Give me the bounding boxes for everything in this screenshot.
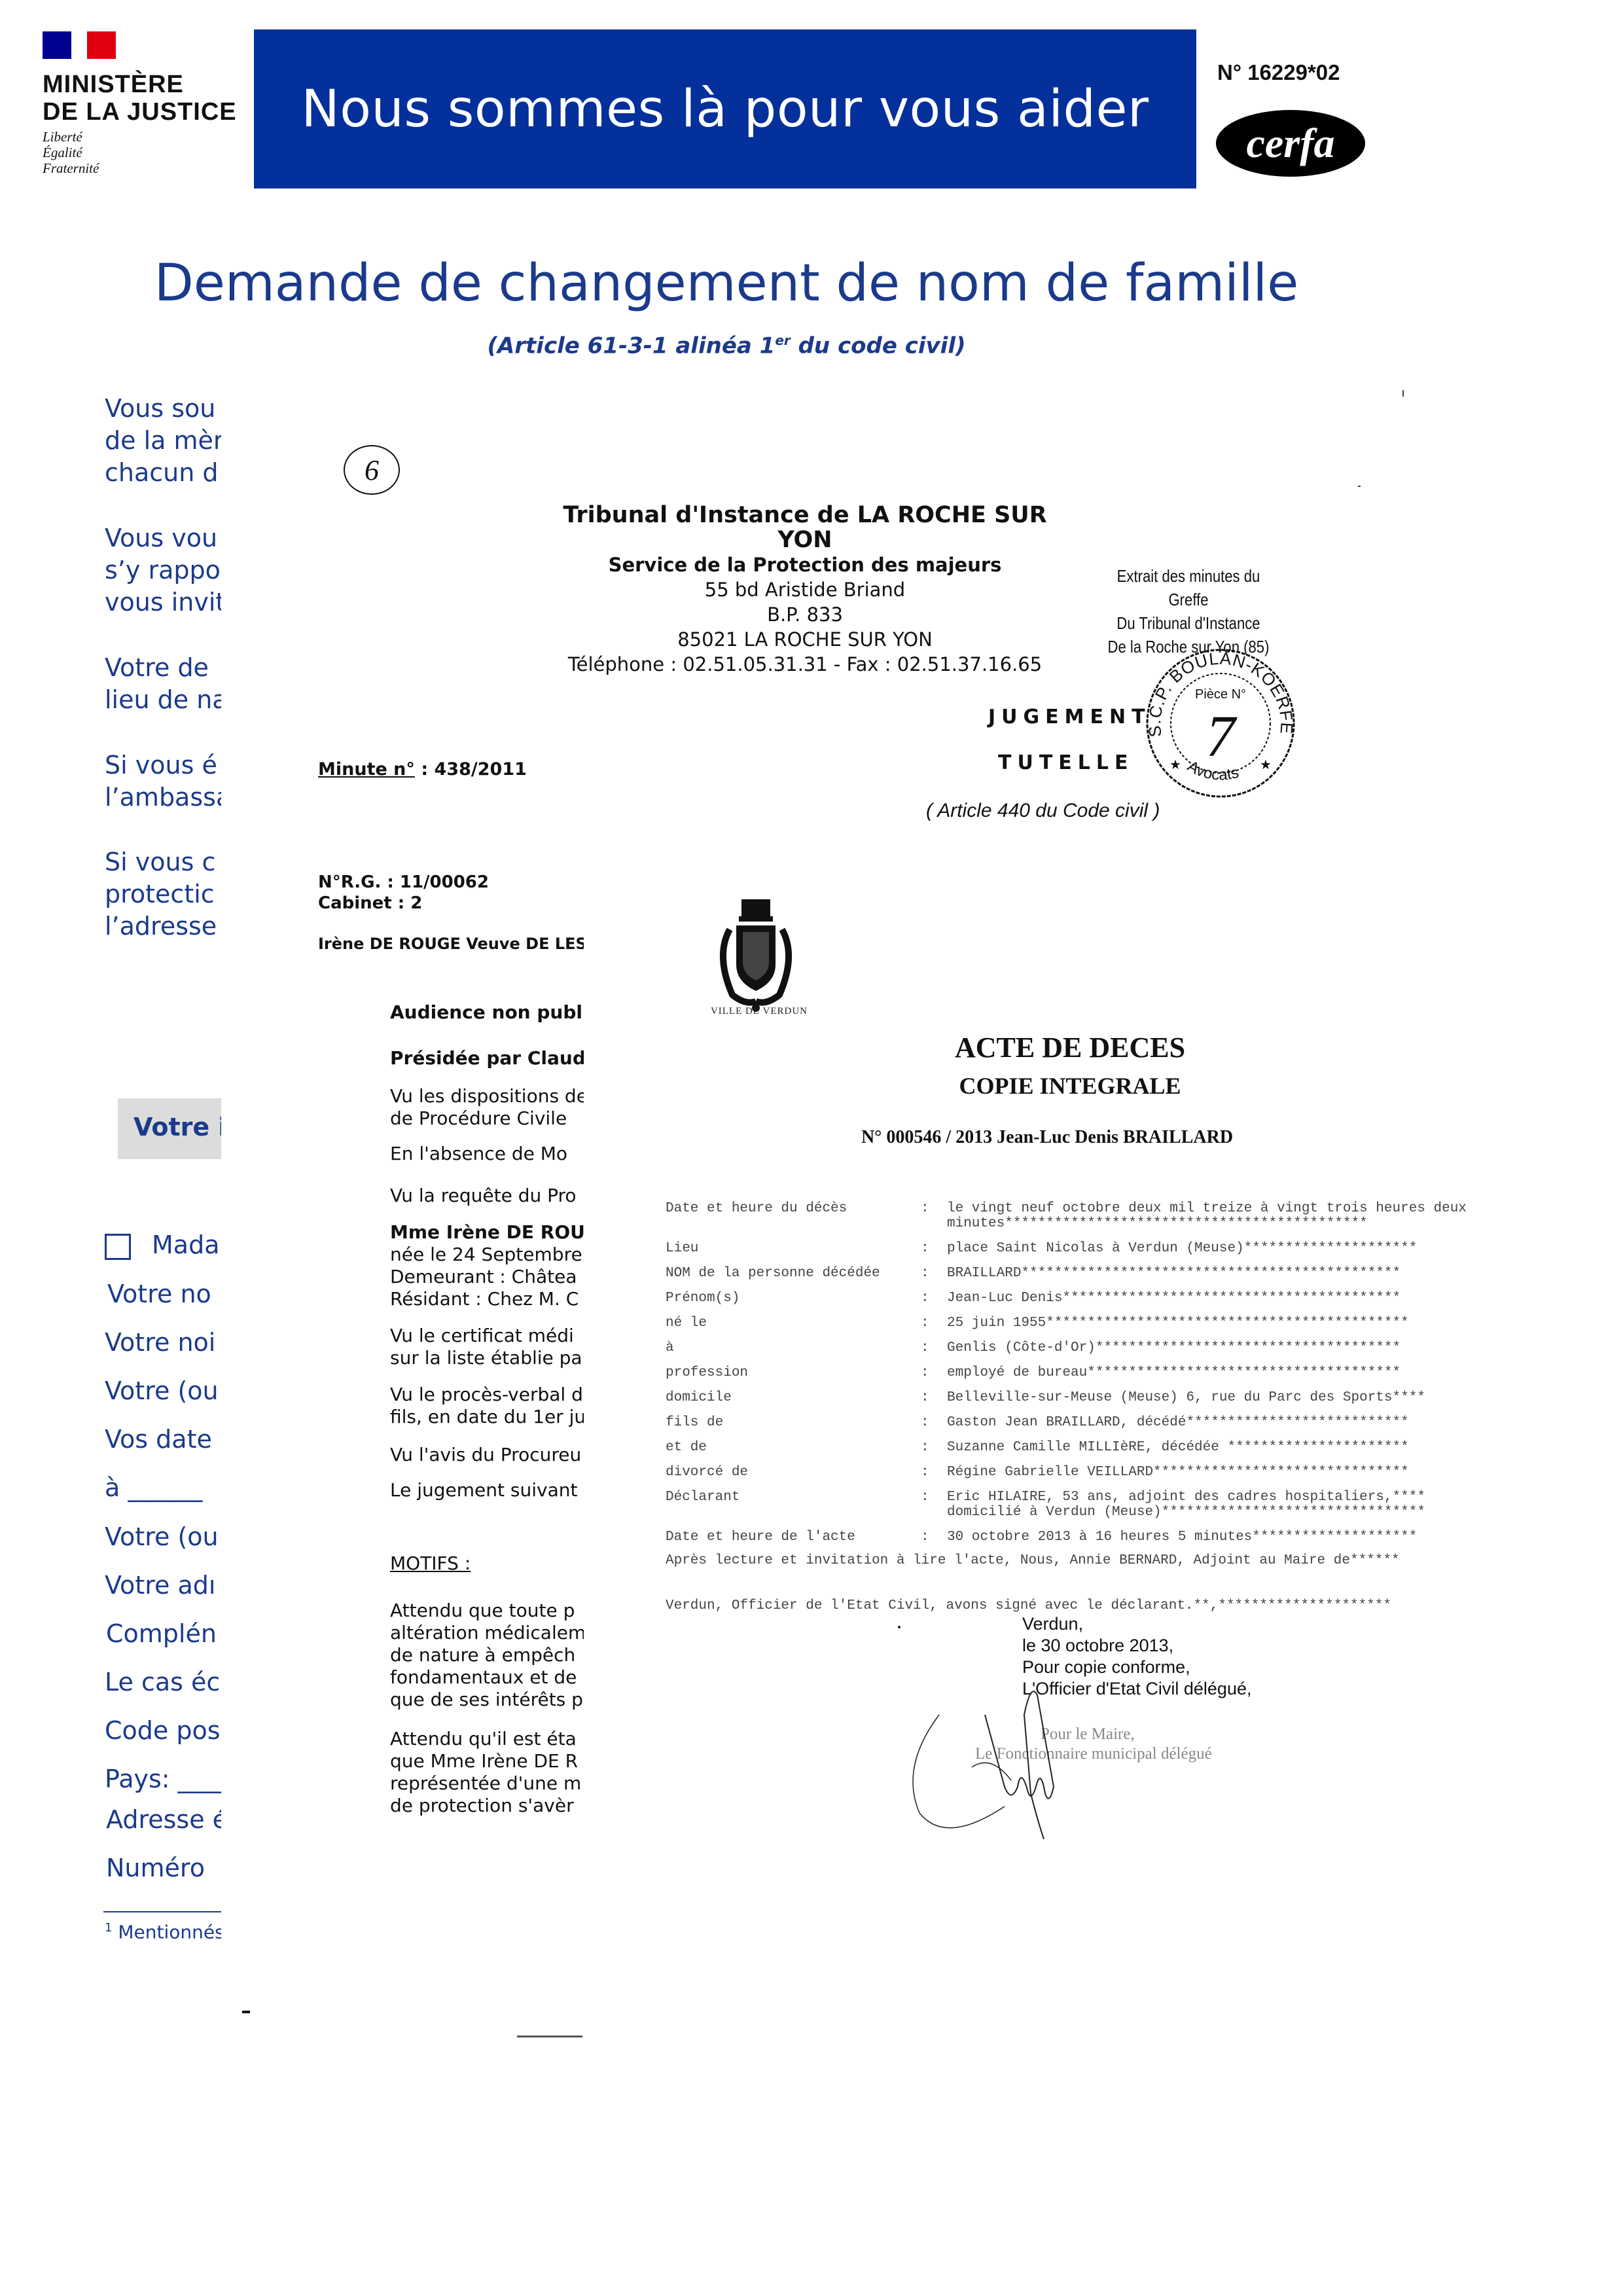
certificate-subtitle: COPIE INTEGRALE: [864, 1072, 1276, 1100]
page-title: Demande de changement de nom de famille: [0, 254, 1453, 313]
intro-line: de la mèr: [105, 425, 221, 457]
minute-label: Minute n°: [318, 759, 415, 780]
row-separator: :: [921, 1465, 947, 1480]
field-label[interactable]: Pays: ____: [105, 1763, 221, 1795]
field-label[interactable]: Complén: [106, 1618, 217, 1650]
svg-text:★: ★: [1169, 757, 1181, 772]
certificate-row: profession:employé de bureau************…: [666, 1365, 1503, 1380]
city-label: VILLE DE VERDUN: [694, 1006, 825, 1017]
row-separator: :: [921, 1415, 947, 1430]
certificate-row: Déclarant:Eric HILAIRE, 53 ans, adjoint …: [666, 1490, 1503, 1520]
row-label: profession: [666, 1365, 921, 1380]
motto-egalite: Égalité: [43, 145, 99, 160]
republic-motto: Liberté Égalité Fraternité: [43, 129, 99, 176]
row-label: à: [666, 1340, 921, 1355]
certificate-row: NOM de la personne décédée:BRAILLARD****…: [666, 1266, 1503, 1281]
tutelle-heading: TUTELLE: [998, 751, 1134, 774]
row-value: employé de bureau***********************…: [947, 1365, 1503, 1380]
row-value: Suzanne Camille MILLIèRE, décédée ******…: [947, 1440, 1503, 1455]
tribunal-phone: Téléphone : 02.51.05.31.31 - Fax : 02.51…: [556, 652, 1054, 677]
intro-line: Si vous é: [105, 749, 217, 781]
row-label: Prénom(s): [666, 1291, 921, 1306]
judgment-line: fondamentaux et de: [390, 1666, 577, 1689]
judgment-line: fils, en date du 1er jui: [390, 1406, 584, 1428]
row-value: Gaston Jean BRAILLARD, décédé***********…: [947, 1415, 1503, 1430]
row-label: Date et heure du décès: [666, 1201, 921, 1231]
footnote: 1 Mentionnés: [105, 1921, 221, 1943]
tribunal-letterhead: Tribunal d'Instance de LA ROCHE SUR YON …: [556, 503, 1054, 677]
judgment-line: Vu les dispositions de: [390, 1085, 584, 1107]
signature-icon: [906, 1689, 1090, 1846]
certificate-row: et de:Suzanne Camille MILLIèRE, décédée …: [666, 1440, 1503, 1455]
judgment-line: Attendu que toute p: [390, 1600, 575, 1622]
scan-mark: [1402, 390, 1404, 397]
footnote-divider: [103, 1911, 221, 1912]
sign-city: Verdun,: [1022, 1613, 1252, 1635]
intro-line: protectic: [105, 878, 215, 910]
row-label: fils de: [666, 1415, 921, 1430]
row-value: 25 juin 1955****************************…: [947, 1316, 1503, 1331]
help-banner: Nous sommes là pour vous aider: [254, 29, 1196, 188]
row-label: NOM de la personne décédée: [666, 1266, 921, 1281]
party-name: Irène DE ROUGE Veuve DE LESP: [318, 935, 584, 953]
judgment-line: altération médicalem: [390, 1622, 584, 1644]
row-separator: :: [921, 1266, 947, 1281]
tribunal-service: Service de la Protection des majeurs: [556, 552, 1054, 577]
checkbox-label: Mada: [152, 1229, 219, 1261]
extrait-line: Du Tribunal d'Instance: [1099, 611, 1277, 635]
judgment-line: Présidée par Claude: [390, 1047, 584, 1069]
closing-line: Verdun, Officier de l'Etat Civil, avons …: [666, 1598, 1400, 1613]
field-label[interactable]: Votre adı: [105, 1570, 215, 1602]
row-separator: :: [921, 1316, 947, 1331]
section-header: Votre i: [118, 1098, 221, 1159]
motto-fraternite: Fraternité: [43, 160, 99, 176]
intro-line: Si vous c: [105, 846, 215, 878]
intro-line: Vous vou: [105, 522, 217, 554]
sign-copy: Pour copie conforme,: [1022, 1657, 1252, 1678]
section-header-label: Votre i: [134, 1113, 221, 1141]
certificate-row: Lieu:place Saint Nicolas à Verdun (Meuse…: [666, 1241, 1503, 1256]
intro-line: l’adresse: [105, 910, 217, 942]
certificate-row: à:Genlis (Côte-d'Or)********************…: [666, 1340, 1503, 1355]
ministry-line-2: DE LA JUSTICE: [43, 98, 237, 126]
cerfa-logo: cerfa: [1216, 110, 1365, 177]
scan-mark: [898, 1626, 901, 1628]
row-separator: :: [921, 1440, 947, 1455]
ministry-line-1: MINISTÈRE: [43, 71, 237, 98]
field-label[interactable]: à ______: [105, 1472, 202, 1504]
judgment-line: Résidant : Chez M. C: [390, 1288, 579, 1310]
closing-line: Après lecture et invitation à lire l'act…: [666, 1553, 1400, 1568]
subtitle-sup: er: [775, 332, 790, 348]
certification-block: Verdun, le 30 octobre 2013, Pour copie c…: [1022, 1613, 1252, 1700]
row-label: né le: [666, 1316, 921, 1331]
row-separator: :: [921, 1241, 947, 1256]
judgment-line: Vu le procès-verbal d: [390, 1384, 583, 1406]
intro-line: l’ambassa: [105, 781, 221, 814]
judgment-line: MOTIFS :: [390, 1552, 471, 1575]
article-reference: ( Article 440 du Code civil ): [926, 800, 1160, 822]
judgment-line: que de ses intérêts p: [390, 1689, 583, 1711]
certificate-row: Prénom(s):Jean-Luc Denis****************…: [666, 1291, 1503, 1306]
row-value: BRAILLARD*******************************…: [947, 1266, 1503, 1281]
subtitle-pre: (Article 61-3-1 alinéa 1: [487, 332, 775, 359]
field-label[interactable]: Numéro: [106, 1852, 205, 1884]
row-value: Jean-Luc Denis**************************…: [947, 1291, 1503, 1306]
row-separator: :: [921, 1340, 947, 1355]
certificate-title: ACTE DE DECES: [864, 1031, 1276, 1064]
judgment-line: Attendu qu'il est éta: [390, 1728, 577, 1750]
row-label: divorcé de: [666, 1465, 921, 1480]
judgment-line: Mme Irène DE ROUG: [390, 1221, 584, 1244]
intro-line: chacun d: [105, 457, 219, 489]
field-label[interactable]: Votre no: [107, 1278, 211, 1310]
certificate-closing: Après lecture et invitation à lire l'act…: [666, 1523, 1400, 1628]
field-label[interactable]: Votre (ou: [105, 1375, 219, 1407]
tribunal-city: 85021 LA ROCHE SUR YON: [556, 627, 1054, 652]
row-separator: :: [921, 1390, 947, 1405]
cerfa-logo-text: cerfa: [1246, 119, 1334, 168]
sign-date: le 30 octobre 2013,: [1022, 1635, 1252, 1657]
certificate-fields: Date et heure du décès:le vingt neuf oct…: [666, 1201, 1503, 1554]
intro-line: lieu de na: [105, 684, 221, 716]
row-separator: :: [921, 1291, 947, 1306]
jugement-heading: JUGEMENT: [988, 706, 1151, 728]
field-label[interactable]: Adresse é: [106, 1804, 221, 1836]
field-label[interactable]: Votre noi: [105, 1327, 215, 1359]
footnote-text: Mentionnés: [118, 1921, 221, 1943]
extrait-line: Extrait des minutes du Greffe: [1099, 564, 1277, 611]
judgment-line: Vu l'avis du Procureu: [390, 1444, 581, 1466]
madame-checkbox[interactable]: [105, 1234, 131, 1260]
row-value: Eric HILAIRE, 53 ans, adjoint des cadres…: [947, 1490, 1503, 1520]
judgment-line: Le jugement suivant: [390, 1479, 577, 1501]
intro-line: Votre de: [105, 652, 209, 684]
minute-value: : 438/2011: [421, 759, 527, 780]
row-separator: :: [921, 1490, 947, 1520]
field-label[interactable]: Le cas éc: [105, 1666, 220, 1698]
svg-text:★: ★: [1260, 757, 1272, 772]
certificate-row: domicile:Belleville-sur-Meuse (Meuse) 6,…: [666, 1390, 1503, 1405]
judgment-line: Audience non public: [390, 1001, 584, 1024]
field-label[interactable]: Votre (ou: [105, 1521, 219, 1553]
intro-line: vous invit: [105, 586, 221, 619]
verdun-coat-of-arms-icon: [710, 897, 802, 1014]
certificate-row: né le:25 juin 1955**********************…: [666, 1316, 1503, 1331]
row-value: Belleville-sur-Meuse (Meuse) 6, rue du P…: [947, 1390, 1503, 1405]
judgment-line: de nature à empêch: [390, 1644, 575, 1666]
banner-text: Nous sommes là pour vous aider: [301, 80, 1149, 139]
row-separator: :: [921, 1365, 947, 1380]
ministry-name: MINISTÈRE DE LA JUSTICE: [43, 71, 237, 126]
tribunal-po-box: B.P. 833: [556, 602, 1054, 627]
tribunal-address: 55 bd Aristide Briand: [556, 577, 1054, 602]
judgment-line: de Procédure Civile: [390, 1107, 567, 1130]
judgment-line: Vu le certificat médi: [390, 1325, 574, 1347]
page-subtitle: (Article 61-3-1 alinéa 1er du code civil…: [0, 332, 1453, 359]
row-label: domicile: [666, 1390, 921, 1405]
motto-liberte: Liberté: [43, 129, 99, 145]
row-label: et de: [666, 1440, 921, 1455]
republic-flag-logo: [43, 31, 116, 59]
form-column: Vous sou de la mèr chacun d Vous vou s’y…: [98, 393, 221, 1990]
handwritten-circled-number: 6: [344, 445, 400, 495]
judgment-line: de protection s'avèr: [390, 1795, 574, 1817]
certificate-number: N° 000546 / 2013 Jean-Luc Denis BRAILLAR…: [720, 1127, 1374, 1148]
intro-line: s’y rappo: [105, 554, 221, 586]
subtitle-post: du code civil): [791, 332, 966, 359]
row-value: Régine Gabrielle VEILLARD***************…: [947, 1465, 1503, 1480]
rg-number: N°R.G. : 11/00062: [318, 872, 489, 893]
footnote-marker: 1: [105, 1921, 112, 1935]
judgment-line: née le 24 Septembre: [390, 1244, 582, 1266]
svg-text:7: 7: [1206, 704, 1238, 769]
judgment-line: que Mme Irène DE R: [390, 1750, 578, 1772]
row-value: le vingt neuf octobre deux mil treize à …: [947, 1201, 1503, 1231]
judgment-line: sur la liste établie pa: [390, 1347, 582, 1369]
certificate-row: divorcé de:Régine Gabrielle VEILLARD****…: [666, 1465, 1503, 1480]
minute-number: Minute n° : 438/2011: [318, 759, 527, 780]
scan-mark: [517, 2036, 582, 2037]
cerfa-number: N° 16229*02: [1217, 60, 1340, 85]
row-label: Lieu: [666, 1241, 921, 1256]
svg-text:Pièce N°: Pièce N°: [1195, 687, 1246, 702]
row-value: Genlis (Côte-d'Or)**********************…: [947, 1340, 1503, 1355]
field-label[interactable]: Code pos: [105, 1715, 221, 1747]
judgment-line: En l'absence de Mo: [390, 1143, 567, 1165]
lawyer-stamp: S.C.P. BOULAN-KOERFER-PERRAULT Avocats P…: [1142, 645, 1299, 802]
row-label: Déclarant: [666, 1490, 921, 1520]
certificate-row: Date et heure du décès:le vingt neuf oct…: [666, 1201, 1503, 1231]
row-value: place Saint Nicolas à Verdun (Meuse)****…: [947, 1241, 1503, 1256]
tribunal-name: Tribunal d'Instance de LA ROCHE SUR YON: [556, 503, 1054, 552]
judgment-line: représentée d'une m: [390, 1772, 581, 1795]
case-reference: N°R.G. : 11/00062 Cabinet : 2: [318, 872, 489, 914]
scan-mark: [1358, 486, 1361, 487]
judgment-line: Vu la requête du Pro: [390, 1185, 577, 1207]
judgment-body: Audience non publicPrésidée par ClaudeVu…: [390, 1001, 584, 1944]
certificate-row: fils de:Gaston Jean BRAILLARD, décédé***…: [666, 1415, 1503, 1430]
judgment-line: Demeurant : Châtea: [390, 1266, 577, 1288]
intro-line: Vous sou: [105, 393, 215, 425]
row-separator: :: [921, 1201, 947, 1231]
cabinet-number: Cabinet : 2: [318, 893, 489, 914]
scan-mark: [242, 2011, 250, 2013]
field-label[interactable]: Vos date: [105, 1424, 212, 1456]
